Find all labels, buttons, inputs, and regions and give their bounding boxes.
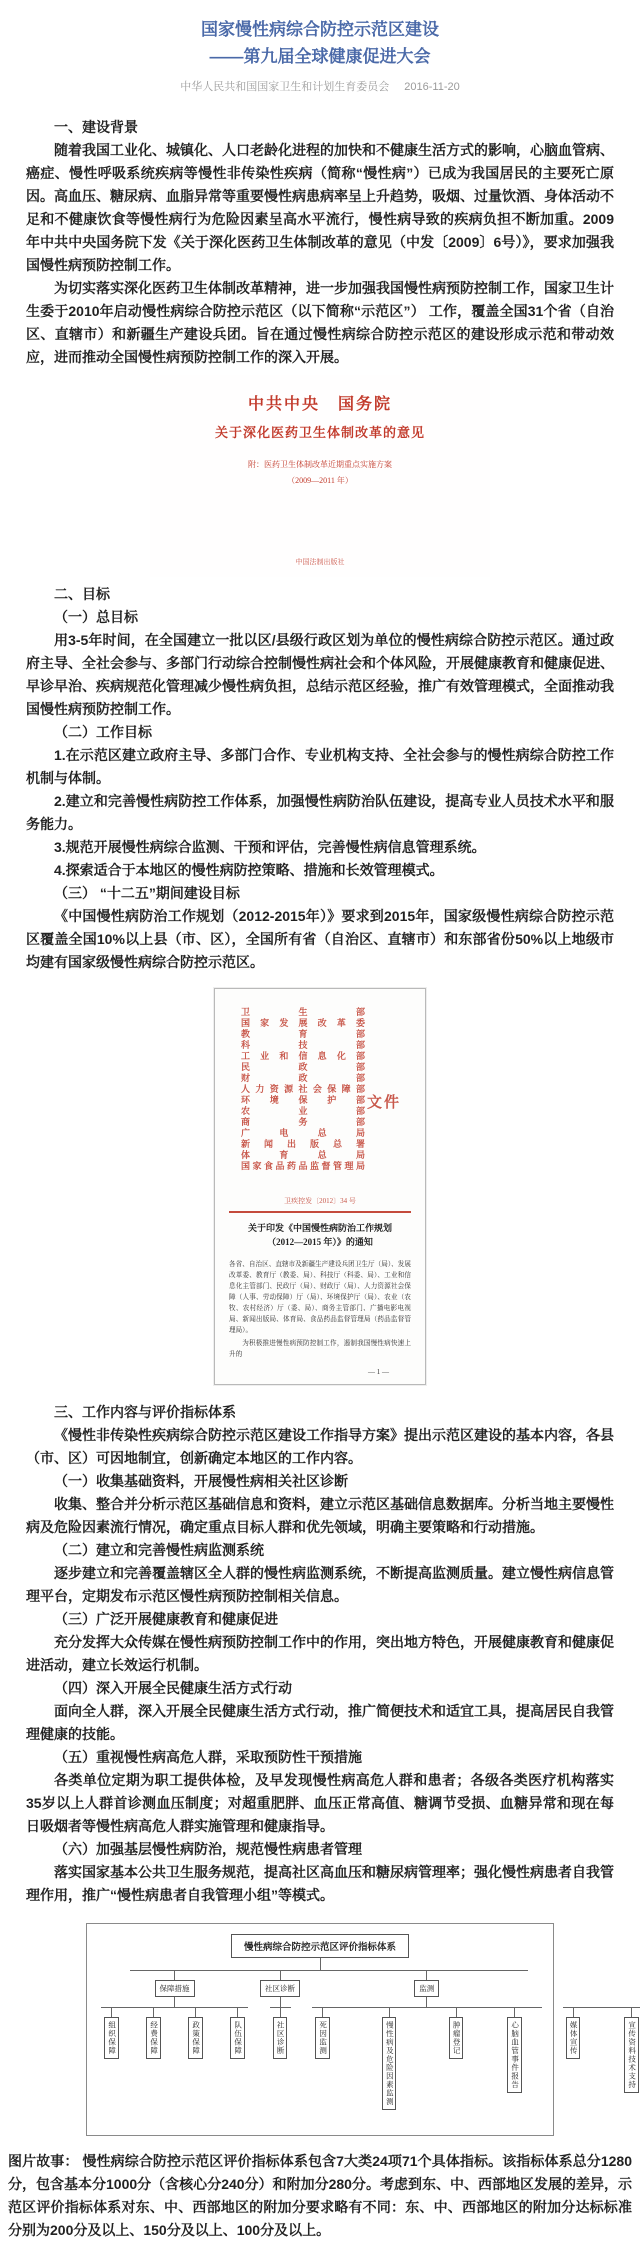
chart-group: 社区诊断 社区诊断 — [260, 1970, 300, 2119]
paragraph: 《中国慢性病防治工作规划（2012-2015年）》要求到2015年，国家级慢性病… — [26, 905, 614, 974]
chart-leaf-box: 肿瘤登记 — [449, 2017, 463, 2059]
notice-title: 关于印发《中国慢性病防治工作规划（2012—2015 年）》的通知 — [229, 1222, 411, 1250]
article-body-section-1: 一、建设背景随着我国工业化、城镇化、人口老龄化进程的加快和不健康生活方式的影响，… — [0, 116, 640, 369]
ministry-name: 商务部 — [241, 1117, 365, 1128]
chart-leaf-box: 死因监测 — [315, 2017, 329, 2059]
paragraph: 为切实落实深化医药卫生体制改革精神，进一步加强我国慢性病预防控制工作，国家卫生计… — [26, 277, 614, 369]
chart-group: 保障措施 组织保障 经费保障 政策保障 队伍保障 — [92, 1970, 257, 2119]
article-body-section-3: 三、工作内容与评价指标体系《慢性非传染性疾病综合防控示范区建设工作指导方案》提出… — [0, 1401, 640, 1907]
paragraph: （一）总目标 — [26, 606, 614, 629]
page-title: 国家慢性病综合防控示范区建设 — [20, 16, 620, 43]
document-year-line: （2009—2011 年） — [287, 475, 353, 486]
chart-connector — [111, 2007, 112, 2017]
chart-category-box: 社区诊断 — [260, 1980, 300, 1997]
chart-connector — [174, 1970, 175, 1980]
paragraph: 一、建设背景 — [26, 116, 614, 139]
chart-connector — [320, 1958, 321, 1970]
wenjian-label: 文件 — [367, 1091, 401, 1112]
chart-category-box: 保障措施 — [155, 1980, 195, 1997]
chart-leaf-box: 组织保障 — [104, 2017, 118, 2059]
paragraph: 用3-5年时间，在全国建立一批以区/县级行政区划为单位的慢性病综合防控示范区。通… — [26, 629, 614, 721]
paragraph: 逐步建立和完善覆盖辖区全人群的慢性病监测系统，不断提高监测质量。建立慢性病信息管… — [26, 1562, 614, 1608]
chart-leaf-box: 政策保障 — [188, 2017, 202, 2059]
paragraph: （五）重视慢性病高危人群，采取预防性干预措施 — [26, 1746, 614, 1769]
red-divider — [229, 1211, 411, 1213]
ministry-name: 农业部 — [241, 1106, 365, 1117]
chart-connector — [426, 1997, 427, 2007]
ministry-name: 科技部 — [241, 1040, 365, 1051]
paragraph: （二）建立和完善慢性病监测系统 — [26, 1539, 614, 1562]
chart-leaf-box: 队伍保障 — [230, 2017, 244, 2059]
ministry-name: 财政部 — [241, 1073, 365, 1084]
notice-addressees: 各省、自治区、直辖市及新疆生产建设兵团卫生厅（局）、发展改革委、教育厅（教委、局… — [229, 1259, 411, 1336]
paragraph: （六）加强基层慢性病防治，规范慢性病患者管理 — [26, 1838, 614, 1861]
chart-connector — [631, 2007, 632, 2017]
notice-letterhead: 卫生部国家发展改革委教育部科技部工业和信息化部民政部财政部人力资源社会保障部环境… — [229, 1007, 411, 1172]
document-subtitle-line: 附：医药卫生体制改革近期重点实施方案 — [248, 459, 392, 470]
paragraph: 收集、整合并分析示范区基础信息和资料，建立示范区基础信息数据库。分析当地主要慢性… — [26, 1493, 614, 1539]
chart-connector — [195, 2007, 196, 2017]
paragraph: 面向全人群，深入开展全民健康生活方式行动，推广简便技术和适宜工具，提高居民自我管… — [26, 1700, 614, 1746]
chart-connector — [514, 2007, 515, 2017]
chart-connector — [237, 2007, 238, 2017]
chart-connector — [280, 2007, 281, 2017]
article-header: 国家慢性病综合防控示范区建设 ——第九届全球健康促进大会 中华人民共和国国家卫生… — [0, 12, 640, 102]
chart-connector — [573, 2007, 574, 2017]
paragraph: 1.在示范区建立政府主导、多部门合作、专业机构支持、全社会参与的慢性病综合防控工… — [26, 744, 614, 790]
ministry-name: 环境保护部 — [241, 1095, 365, 1106]
paragraph: （四）深入开展全民健康生活方式行动 — [26, 1677, 614, 1700]
article-body-section-2: 二、目标（一）总目标用3-5年时间，在全国建立一批以区/县级行政区划为单位的慢性… — [0, 583, 640, 974]
chart-leaf-box: 慢性病及危险因素监测 — [382, 2017, 396, 2110]
article-meta: 中华人民共和国国家卫生和计划生育委员会 2016-11-20 — [20, 78, 620, 94]
document-number: 卫疾控发〔2012〕34 号 — [229, 1196, 411, 1206]
article-page: 国家慢性病综合防控示范区建设 ——第九届全球健康促进大会 中华人民共和国国家卫生… — [0, 0, 640, 2260]
ministry-name: 国家发展改革委 — [241, 1018, 365, 1029]
paragraph: 充分发挥大众传媒在慢性病预防控制工作中的作用，突出地方特色，开展健康教育和健康促… — [26, 1631, 614, 1677]
ministry-name: 民政部 — [241, 1062, 365, 1073]
chart-connector — [174, 1997, 175, 2007]
indicator-chart: 慢性病综合防控示范区评价指标体系 保障措施 组织保障 经费保障 政策保障 队伍保… — [86, 1923, 554, 2136]
chart-connector — [389, 2007, 390, 2017]
ministry-name: 教育部 — [241, 1029, 365, 1040]
ministry-name: 国家食品药品监督管理局 — [241, 1161, 365, 1172]
chart-connector — [153, 2007, 154, 2017]
chart-leaf-box: 经费保障 — [146, 2017, 160, 2059]
ministry-name: 人力资源社会保障部 — [241, 1084, 365, 1095]
paragraph: （三）广泛开展健康教育和健康促进 — [26, 1608, 614, 1631]
page-subtitle: ——第九届全球健康促进大会 — [20, 43, 620, 70]
ministry-name: 体育总局 — [241, 1150, 365, 1161]
document-title-line: 中共中央 国务院 — [248, 391, 392, 414]
ministry-list: 卫生部国家发展改革委教育部科技部工业和信息化部民政部财政部人力资源社会保障部环境… — [241, 1007, 365, 1172]
chart-leaf-box: 宣传资料技术支持 — [624, 2017, 638, 2093]
chart-connector — [426, 1970, 427, 1980]
source-name: 中华人民共和国国家卫生和计划生育委员会 — [180, 81, 389, 93]
notice-document-image: 卫生部国家发展改革委教育部科技部工业和信息化部民政部财政部人力资源社会保障部环境… — [214, 988, 426, 1385]
paragraph: 随着我国工业化、城镇化、人口老龄化进程的加快和不健康生活方式的影响，心脑血管病、… — [26, 139, 614, 277]
paragraph: 2.建立和完善慢性病防控工作体系，加强慢性病防治队伍建设，提高专业人员技术水平和… — [26, 790, 614, 836]
chart-groups-row: 保障措施 组织保障 经费保障 政策保障 队伍保障 社区诊断 社区 — [92, 1970, 548, 2119]
page-number: — 1 — — [229, 1368, 389, 1376]
paragraph: 落实国家基本公共卫生服务规范，提高社区高血压和糖尿病管理率；强化慢性病患者自我管… — [26, 1861, 614, 1907]
chart-connector — [280, 1970, 281, 1980]
notice-body-text: 为积极推进慢性病预防控制工作，遏制我国慢性病快速上升的 — [229, 1338, 411, 1360]
ministry-name: 新闻出版总署 — [241, 1139, 365, 1150]
publisher-name: 中国法制出版社 — [296, 557, 345, 567]
chart-category-box: 监测 — [414, 1980, 439, 1997]
chart-connector — [280, 1997, 281, 2007]
ministry-name: 卫生部 — [241, 1007, 365, 1018]
paragraph: 二、目标 — [26, 583, 614, 606]
paragraph: （一）收集基础资料，开展慢性病相关社区诊断 — [26, 1470, 614, 1493]
chart-root-box: 慢性病综合防控示范区评价指标体系 — [231, 1934, 409, 1958]
chart-group: 监测 死因监测 慢性病及危险因素监测 肿瘤登记 心脑血管事件报告 — [303, 1970, 551, 2119]
chart-leaf-box: 媒体宣传 — [566, 2017, 580, 2059]
paragraph: 4.探索适合于本地区的慢性病防控策略、措施和长效管理模式。 — [26, 859, 614, 882]
document-title-line: 关于深化医药卫生体制改革的意见 — [215, 422, 425, 441]
chart-connector — [456, 2007, 457, 2017]
chart-leaf-box: 心脑血管事件报告 — [507, 2017, 521, 2093]
publish-date: 2016-11-20 — [404, 81, 459, 93]
paragraph: （二）工作目标 — [26, 721, 614, 744]
ministry-name: 广电总局 — [241, 1128, 365, 1139]
paragraph: 各类单位定期为职工提供体检，及早发现慢性病高危人群和患者；各级各类医疗机构落实3… — [26, 1769, 614, 1838]
paragraph: （三） “十二五”期间建设目标 — [26, 882, 614, 905]
paragraph: 3.规范开展慢性病综合监测、干预和评估，完善慢性病信息管理系统。 — [26, 836, 614, 859]
chart-group: 健康教育和健康促进 媒体宣传 宣传资料技术支持 健康支持性环境 儿童青少年健康促… — [554, 1970, 640, 2119]
paragraph: 《慢性非传染性疾病综合防控示范区建设工作指导方案》提出示范区建设的基本内容，各县… — [26, 1424, 614, 1470]
paragraph: 三、工作内容与评价指标体系 — [26, 1401, 614, 1424]
policy-document-image: 中共中央 国务院 关于深化医药卫生体制改革的意见 附：医药卫生体制改革近期重点实… — [150, 375, 490, 577]
chart-connector — [322, 2007, 323, 2017]
ministry-name: 工业和信息化部 — [241, 1051, 365, 1062]
photo-caption: 图片故事： 慢性病综合防控示范区评价指标体系包含7大类24项71个具体指标。该指… — [0, 2150, 640, 2242]
chart-leaf-box: 社区诊断 — [273, 2017, 287, 2059]
